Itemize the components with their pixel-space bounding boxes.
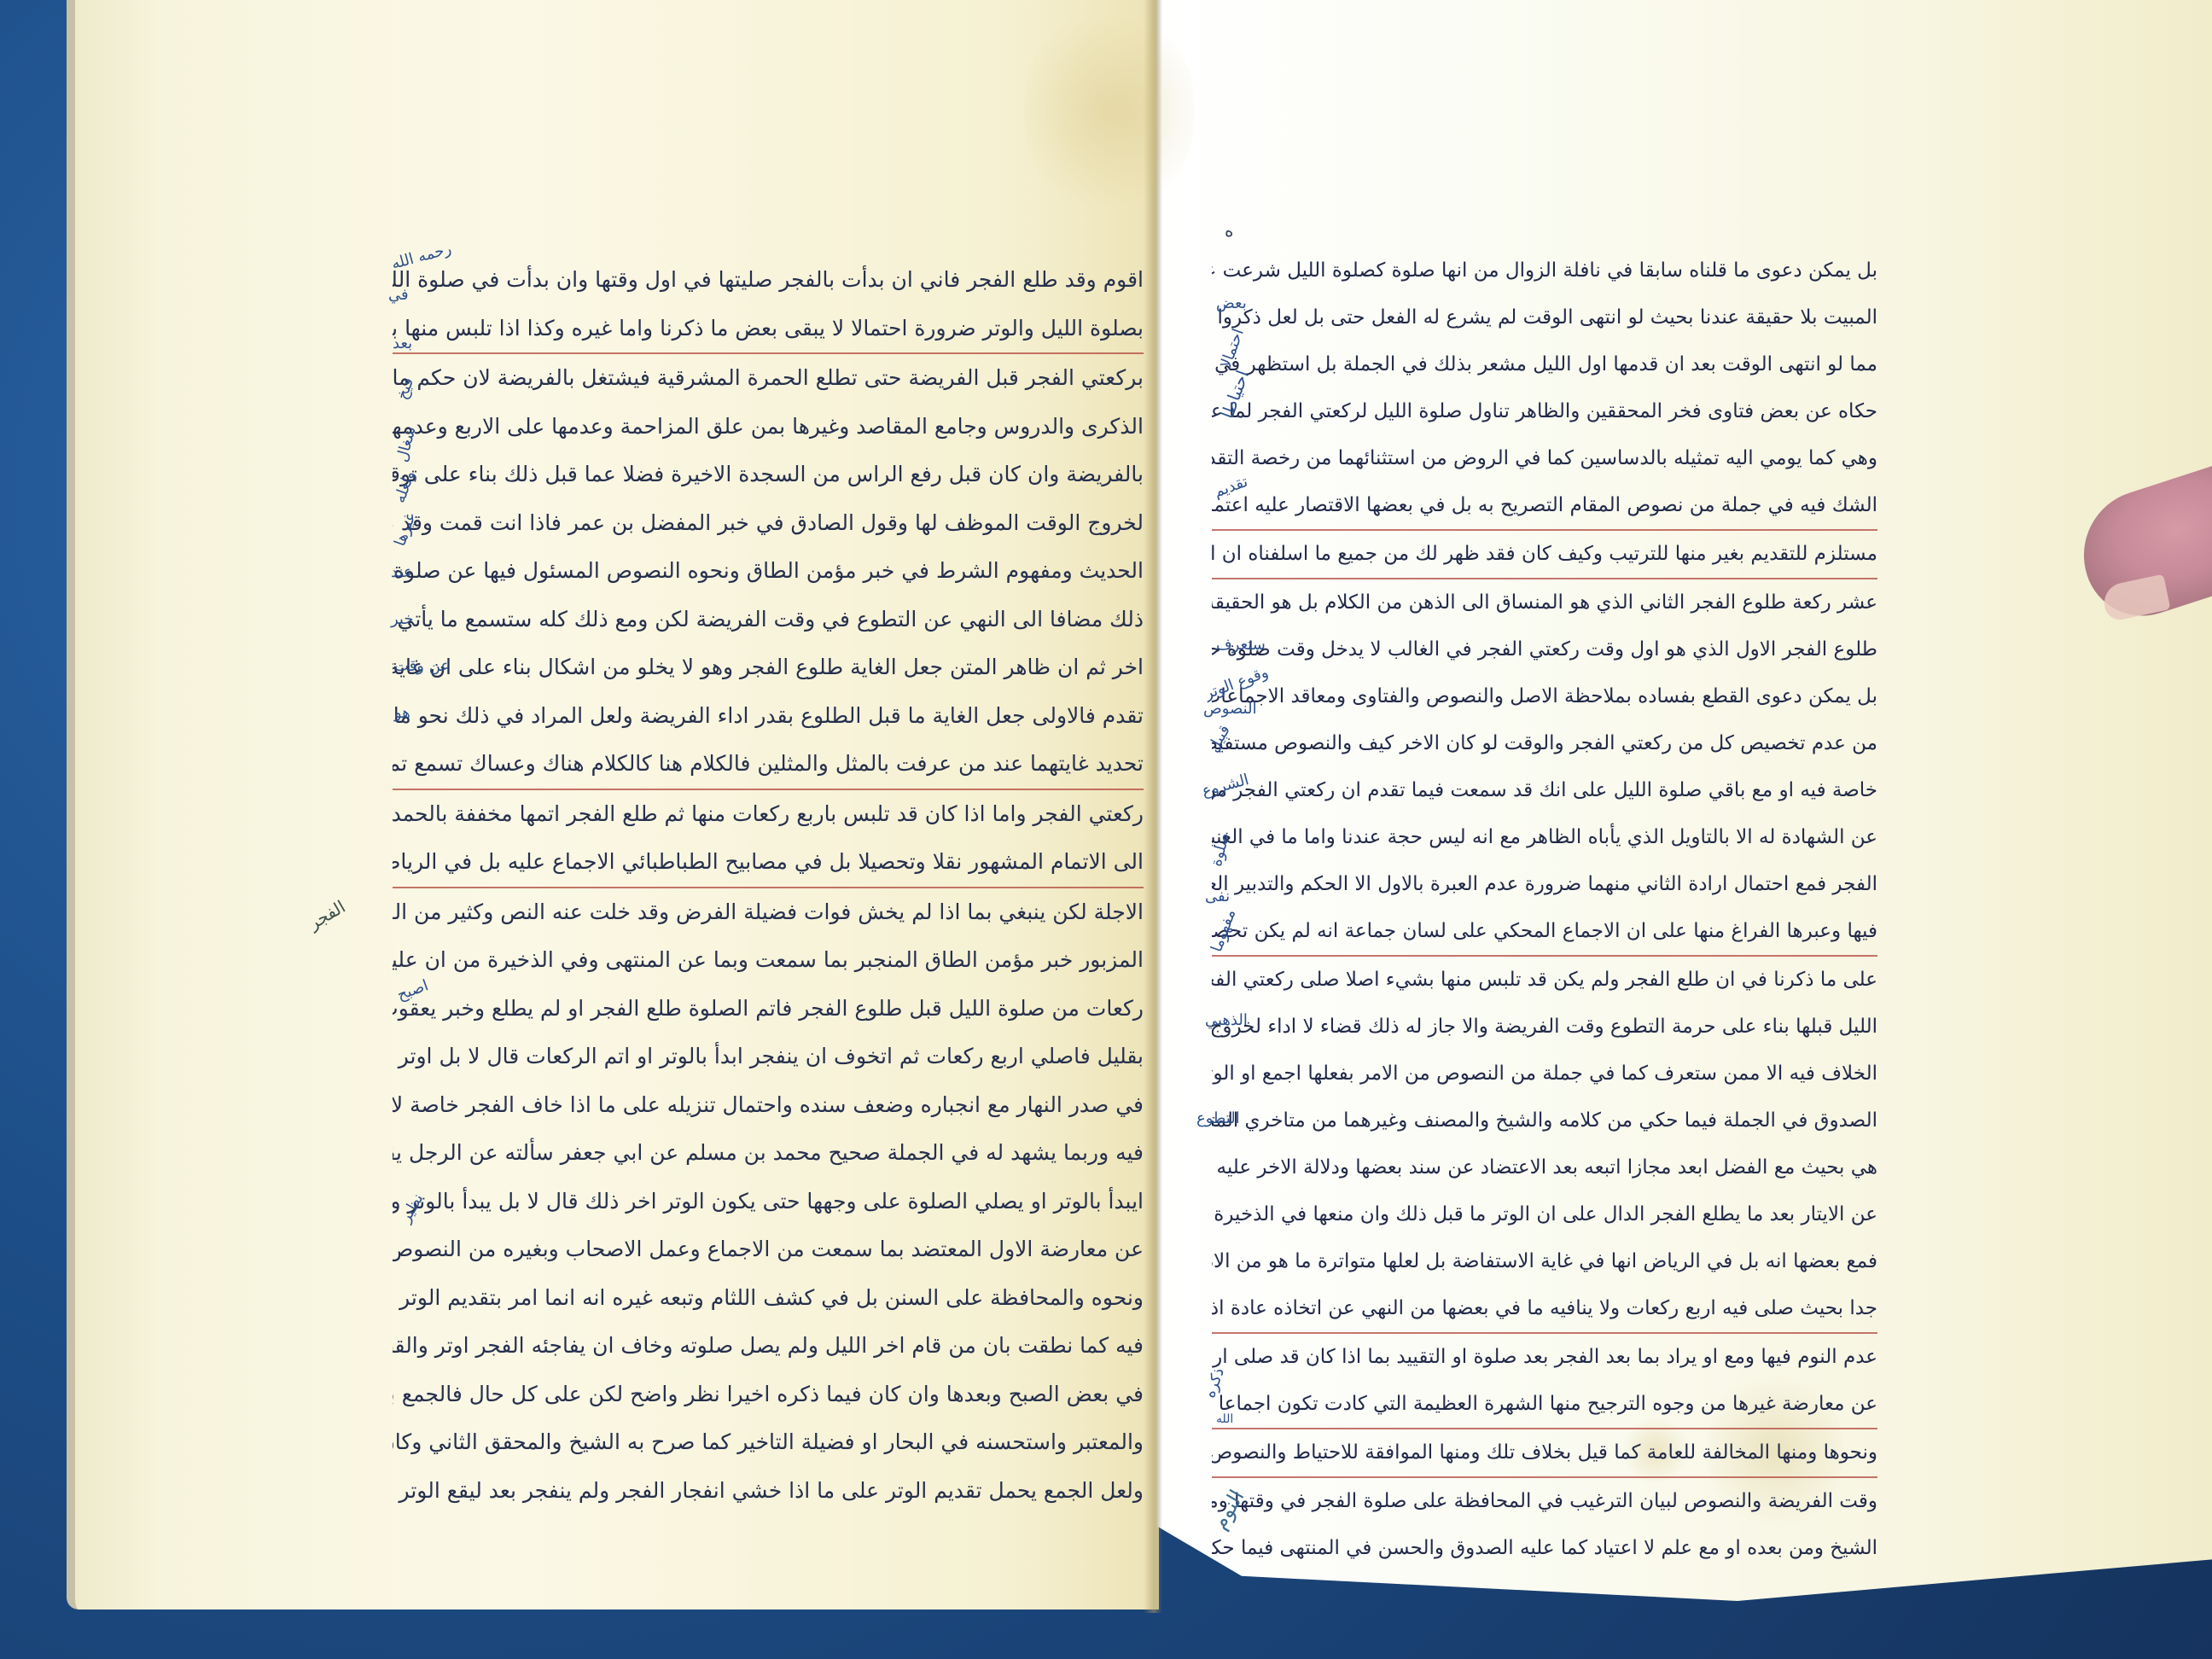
text-line: ونحوه والمحافظة على السنن بل في كشف اللث… bbox=[393, 1274, 1144, 1323]
left-page-text: اقوم وقد طلع الفجر فاني ان بدأت بالفجر ص… bbox=[393, 256, 1144, 1515]
text-line: الفجر فمع احتمال ارادة الثاني منهما ضرور… bbox=[1212, 861, 1877, 908]
text-line: ايبدأ بالوتر او يصلي الصلوة على وجهها حت… bbox=[393, 1178, 1144, 1226]
text-line: الشيخ ومن بعده او مع علم لا اعتياد كما ع… bbox=[1212, 1525, 1877, 1572]
text-line: بقليل فاصلي اربع ركعات ثم اتخوف ان ينفجر… bbox=[393, 1033, 1144, 1081]
text-line: عشر ركعة طلوع الفجر الثاني الذي هو المنس… bbox=[1212, 579, 1877, 626]
text-line: الليل قبلها بناء على حرمة التطوع وقت الف… bbox=[1212, 1004, 1877, 1051]
text-line: حكاه عن بعض فتاوى فخر المحققين والظاهر ت… bbox=[1212, 388, 1877, 435]
text-line: فيها وعبرها الفراغ منها على ان الاجماع ا… bbox=[1212, 908, 1877, 957]
text-line: الصدوق في الجملة فيما حكي من كلامه والشي… bbox=[1212, 1097, 1877, 1144]
text-line: عن معارضة غيرها من وجوه الترجيح منها الش… bbox=[1212, 1381, 1877, 1429]
text-line: طلوع الفجر الاول الذي هو اول وقت ركعتي ا… bbox=[1212, 626, 1877, 673]
manuscript-spread: اقوم وقد طلع الفجر فاني ان بدأت بالفجر ص… bbox=[0, 0, 2212, 1659]
text-line: مما لو انتهى الوقت بعد ان قدمها اول اللي… bbox=[1212, 341, 1877, 388]
margin-note: عند bbox=[391, 563, 413, 581]
text-line: فمع بعضها انه بل في الرياض انها في غاية … bbox=[1212, 1238, 1877, 1285]
text-line: ذلك مضافا الى النهي عن التطوع في وقت الف… bbox=[393, 596, 1144, 644]
text-line: بالفريضة وان كان قبل رفع الراس من السجدة… bbox=[393, 451, 1144, 499]
text-line: جدا بحيث صلى فيه اربع ركعات ولا ينافيه م… bbox=[1212, 1285, 1877, 1334]
text-line: الخلاف فيه الا ممن ستعرف كما في جملة من … bbox=[1212, 1051, 1877, 1097]
text-line: بل يمكن دعوى القطع بفساده بملاحظة الاصل … bbox=[1212, 673, 1877, 720]
text-line: تقدم فالاولى جعل الغاية ما قبل الطلوع بق… bbox=[393, 692, 1144, 741]
text-line: بل يمكن دعوى ما قلناه سابقا في نافلة الز… bbox=[1212, 247, 1877, 294]
margin-note: في bbox=[388, 286, 409, 304]
text-line: المزبور خبر مؤمن الطاق المنجبر بما سمعت … bbox=[393, 936, 1144, 985]
text-line: الى الاتمام المشهور نقلا وتحصيلا بل في م… bbox=[393, 838, 1144, 888]
margin-note: التطوع bbox=[1196, 1109, 1240, 1127]
margin-note: بعد bbox=[393, 335, 412, 352]
margin-note: بعض bbox=[1216, 294, 1247, 312]
text-line: عن الايتار بعد ما يطلع الفجر الدال على ا… bbox=[1212, 1191, 1877, 1238]
text-line: لخروج الوقت الموظف لها وقول الصادق في خب… bbox=[393, 499, 1144, 548]
text-line: وهي كما يومي اليه تمثيله بالدساسين كما ف… bbox=[1212, 435, 1877, 482]
text-line: مستلزم للتقديم بغير منها للترتيب وكيف كا… bbox=[1212, 531, 1877, 579]
text-line: ولعل الجمع يحمل تقديم الوتر على ما اذا خ… bbox=[393, 1467, 1144, 1516]
text-line: تحديد غايتهما عند من عرفت بالمثل والمثلي… bbox=[393, 740, 1144, 790]
text-line: ركعات من صلوة الليل قبل طلوع الفجر فاتم … bbox=[393, 985, 1144, 1033]
text-line: الشك فيه في جملة من نصوص المقام التصريح … bbox=[1212, 482, 1877, 531]
text-line: اخر ثم ان ظاهر المتن جعل الغاية طلوع الف… bbox=[393, 643, 1144, 692]
text-line: والمعتبر واستحسنه في البحار او فضيلة الت… bbox=[393, 1418, 1144, 1467]
margin-note: الذهبي bbox=[1205, 1011, 1248, 1029]
text-line: ونحوها ومنها المخالفة للعامة كما قيل بخل… bbox=[1212, 1429, 1877, 1478]
text-line: الاجلة لكن ينبغي بما اذا لم يخش فوات فضي… bbox=[393, 888, 1144, 937]
book-gutter bbox=[1144, 0, 1162, 1613]
folio-mark: ه bbox=[1225, 220, 1233, 241]
margin-note: الله bbox=[1216, 1412, 1233, 1426]
text-line: اقوم وقد طلع الفجر فاني ان بدأت بالفجر ص… bbox=[393, 256, 1144, 305]
text-line: عدم النوم فيها ومع او يراد بما بعد الفجر… bbox=[1212, 1334, 1877, 1381]
text-line: الذكرى والدروس وجامع المقاصد وغيرها بمن … bbox=[393, 403, 1144, 451]
text-line: عن معارضة الاول المعتضد بما سمعت من الاج… bbox=[393, 1225, 1144, 1274]
margin-note: خبر bbox=[391, 610, 414, 628]
text-line: عن الشهادة له الا بالتاويل الذي يأباه ال… bbox=[1212, 814, 1877, 861]
text-line: بصلوة الليل والوتر ضرورة احتمالا لا يبقى… bbox=[393, 305, 1144, 355]
right-page-text: بل يمكن دعوى ما قلناه سابقا في نافلة الز… bbox=[1212, 247, 1877, 1572]
text-line: وقت الفريضة والنصوص لبيان الترغيب في الم… bbox=[1212, 1478, 1877, 1525]
text-line: فيه وربما يشهد له في الجملة صحيح محمد بن… bbox=[393, 1129, 1144, 1178]
text-line: في صدر النهار مع انجباره وضعف سنده واحتم… bbox=[393, 1081, 1144, 1130]
text-line: المبيت بلا حقيقة عندنا بحيث لو انتهى الو… bbox=[1212, 294, 1877, 341]
text-line: فيه كما نطقت بان من قام اخر الليل ولم يص… bbox=[393, 1322, 1144, 1371]
text-line: بركعتي الفجر قبل الفريضة حتى تطلع الحمرة… bbox=[393, 354, 1144, 403]
margin-note: هو bbox=[394, 704, 410, 722]
text-line: من عدم تخصيص كل من ركعتي الفجر والوقت لو… bbox=[1212, 720, 1877, 767]
text-line: الحديث ومفهوم الشرط في خبر مؤمن الطاق ون… bbox=[393, 547, 1144, 596]
margin-note: النصوص bbox=[1203, 700, 1257, 718]
text-line: خاصة فيه او مع باقي صلوة الليل على انك ق… bbox=[1212, 767, 1877, 814]
text-line: في بعض الصبح وبعدها وان كان فيما ذكره اخ… bbox=[393, 1371, 1144, 1419]
text-line: ركعتي الفجر واما اذا كان قد تلبس باربع ر… bbox=[393, 790, 1144, 839]
text-line: على ما ذكرنا في ان طلع الفجر ولم يكن قد … bbox=[1212, 957, 1877, 1004]
text-line: هي بحيث مع الفضل ابعد مجازا اتبعه بعد ال… bbox=[1212, 1144, 1877, 1191]
margin-note: نفى bbox=[1205, 888, 1230, 905]
margin-note: ستعرف bbox=[1216, 636, 1266, 654]
margin-note: عن وقت bbox=[394, 657, 450, 675]
